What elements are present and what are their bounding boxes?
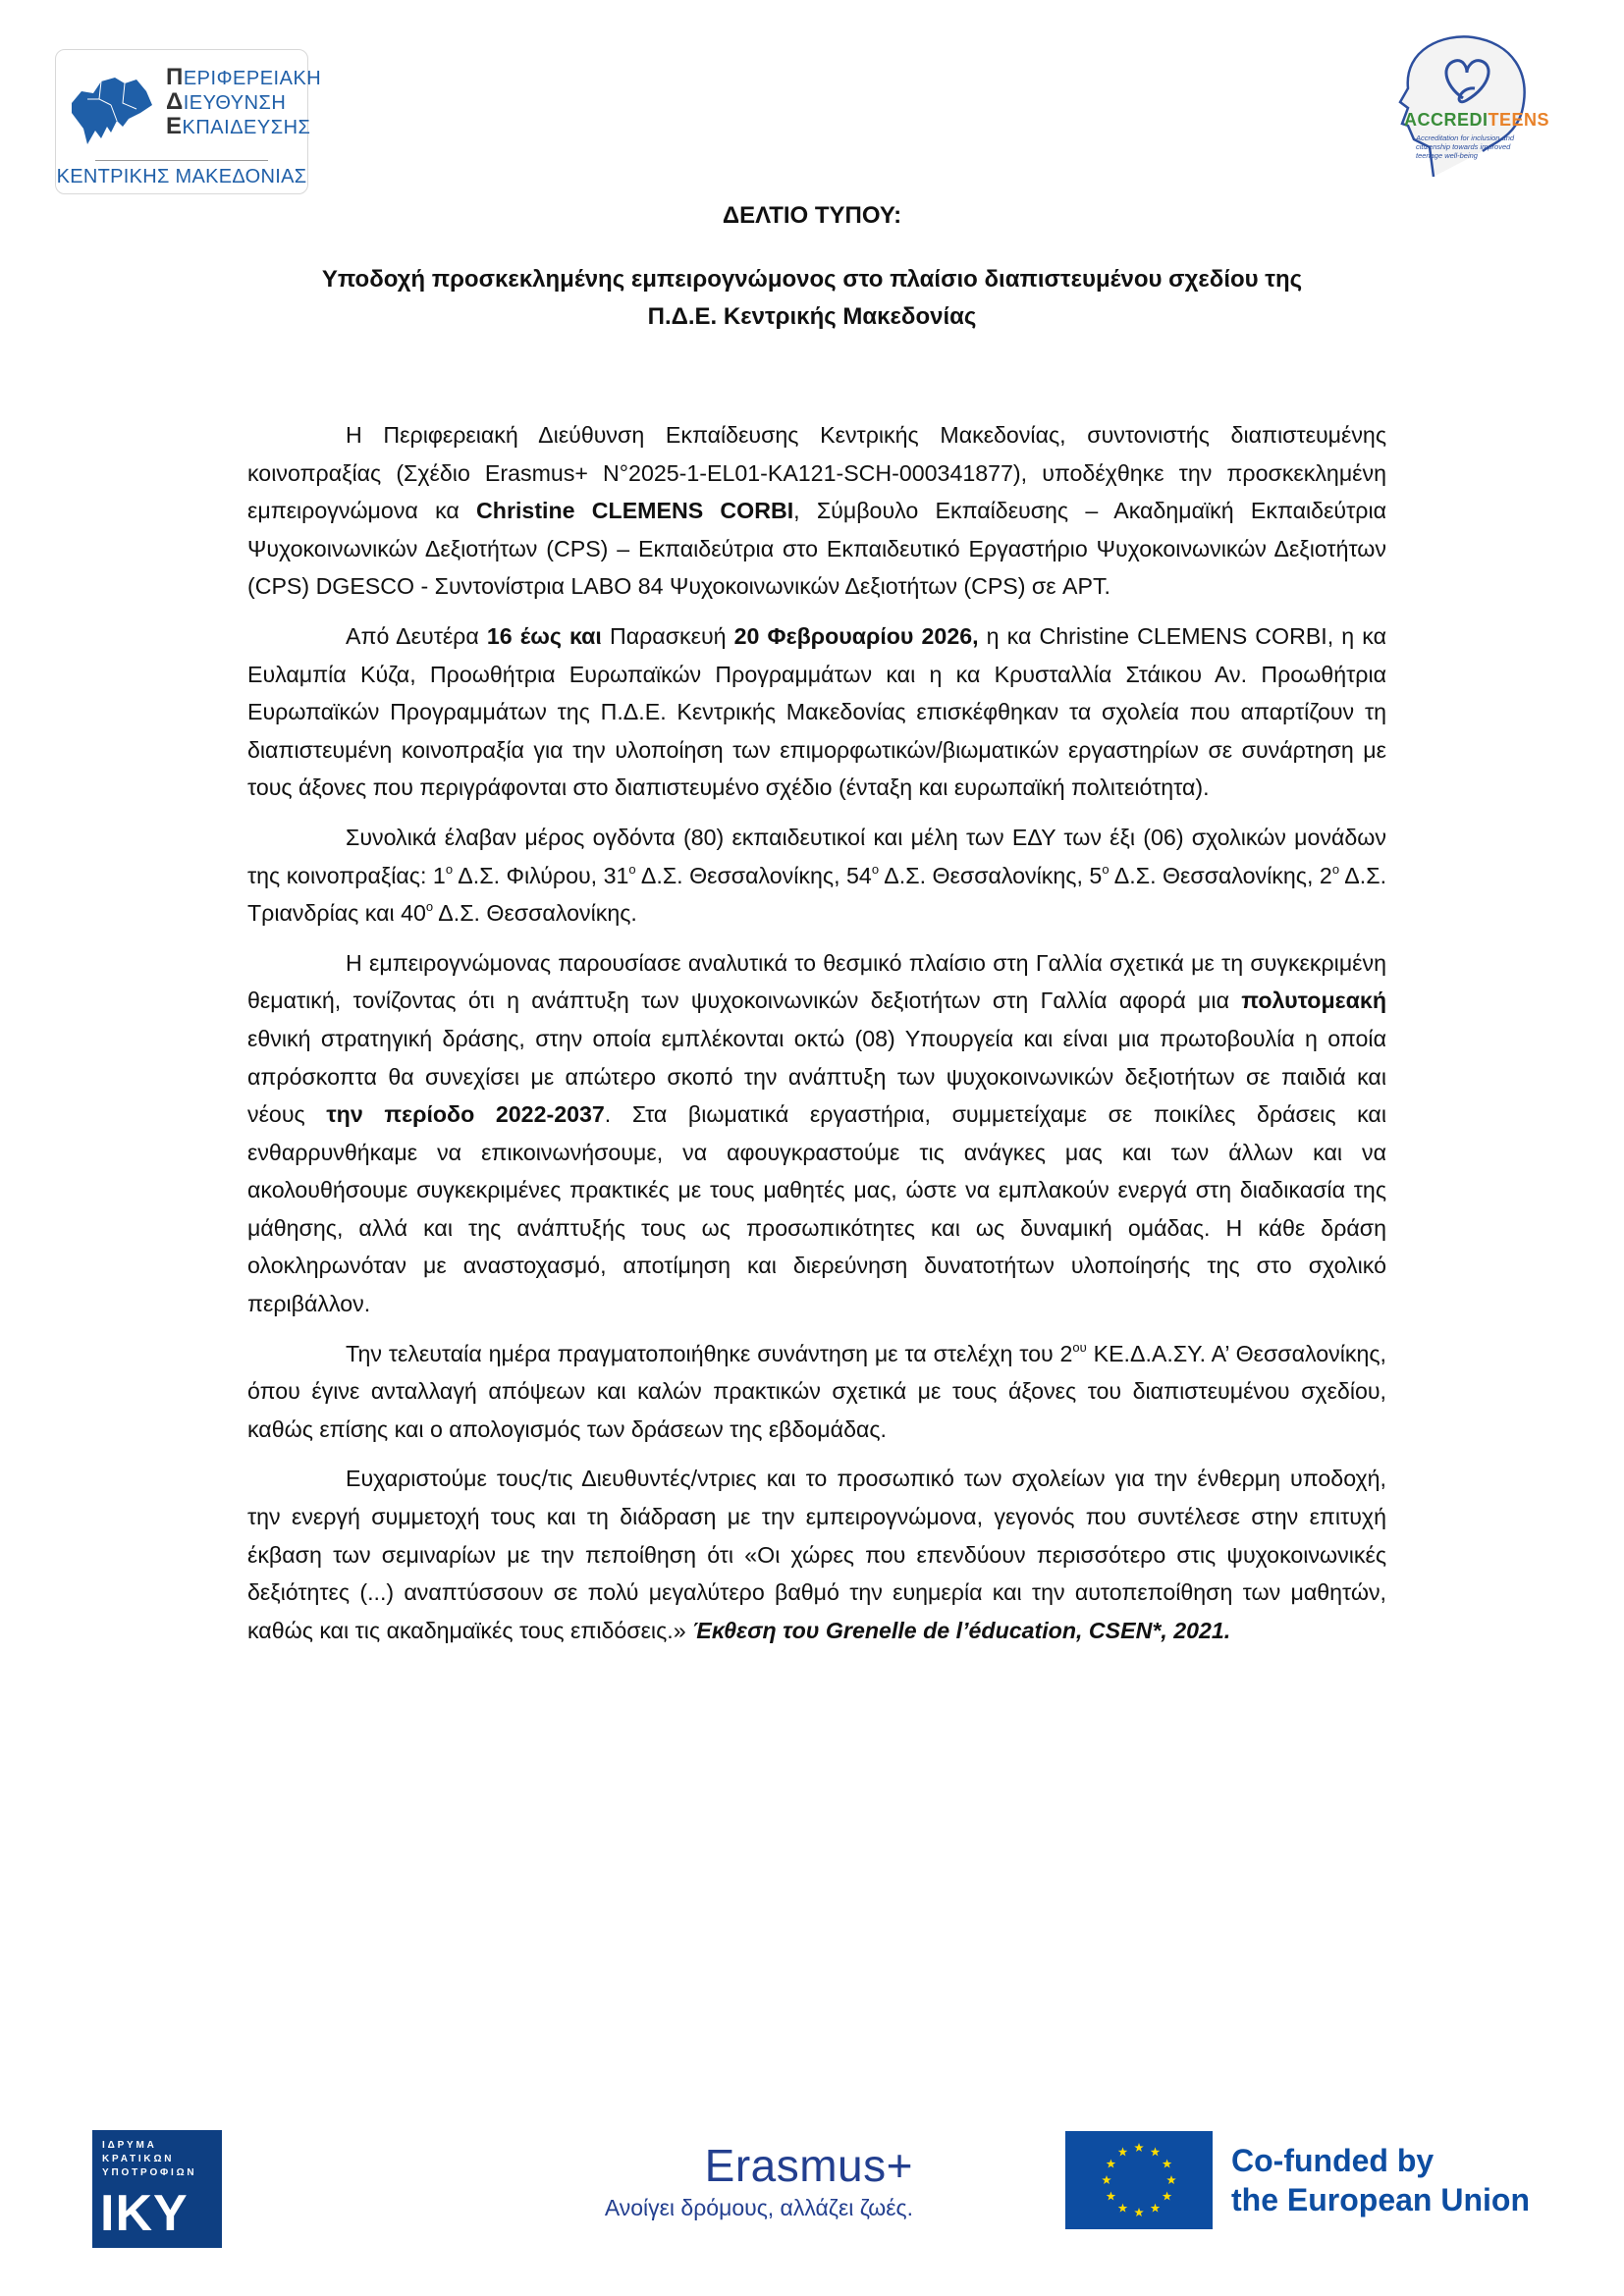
pde-title: ΠΕΡΙΦΕΡΕΙΑΚΗ ΔΙΕΥΘΥΝΣΗ ΕΚΠΑΙΔΕΥΣΗΣ: [166, 66, 321, 139]
accrediteens-brand: ACCREDITEENS: [1404, 110, 1549, 131]
erasmus-slogan: Ανοίγει δρόμους, αλλάζει ζωές.: [491, 2193, 913, 2222]
eu-flag-icon: [1065, 2131, 1213, 2229]
superscript: ο: [628, 862, 635, 877]
superscript: ου: [1072, 1340, 1086, 1355]
text: η κα Christine CLEMENS CORBI, η κα Ευλαμ…: [247, 623, 1386, 800]
text: Δ.Σ. Φιλύρου, 31: [453, 863, 628, 888]
superscript: ο: [446, 862, 453, 877]
bold-text: πολυτομεακή: [1241, 988, 1386, 1013]
erasmus-logo: Erasmus+ Ανοίγει δρόμους, αλλάζει ζωές.: [491, 2140, 913, 2222]
text: Δ.Σ. Θεσσαλονίκης, 54: [636, 863, 872, 888]
text: Δ.Σ. Θεσσαλονίκης, 5: [879, 863, 1102, 888]
iky-name: ΙΚΥ: [100, 2185, 189, 2242]
text: Δ.Σ. Θεσσαλονίκης.: [433, 900, 637, 926]
bold-text: Christine CLEMENS CORBI: [476, 498, 793, 523]
paragraph: Από Δευτέρα 16 έως και Παρασκευή 20 Φεβρ…: [247, 617, 1386, 807]
bold-text: την περίοδο 2022-2037: [326, 1101, 604, 1127]
text: Την τελευταία ημέρα πραγματοποιήθηκε συν…: [346, 1341, 1072, 1366]
eu-cofunded-text: Co-funded by the European Union: [1231, 2141, 1530, 2219]
document-label: ΔΕΛΤΙΟ ΤΥΠΟΥ:: [0, 202, 1624, 230]
paragraph: Η εμπειρογνώμονας παρουσίασε αναλυτικά τ…: [247, 944, 1386, 1323]
pde-region: ΚΕΝΤΡΙΚΗΣ ΜΑΚΕΔΟΝΙΑΣ: [56, 166, 307, 188]
pde-logo: ΠΕΡΙΦΕΡΕΙΑΚΗ ΔΙΕΥΘΥΝΣΗ ΕΚΠΑΙΔΕΥΣΗΣ ΚΕΝΤΡ…: [55, 49, 308, 194]
text: Δ.Σ. Θεσσαλονίκης, 2: [1110, 863, 1332, 888]
pde-divider: [95, 160, 268, 161]
document-body: Η Περιφερειακή Διεύθυνση Εκπαίδευσης Κεν…: [247, 416, 1386, 1661]
accrediteens-logo: ACCREDITEENS Accreditation for inclusion…: [1365, 29, 1542, 187]
superscript: ο: [1102, 862, 1109, 877]
paragraph: Συνολικά έλαβαν μέρος ογδόντα (80) εκπαι…: [247, 819, 1386, 933]
text: Παρασκευή: [602, 623, 734, 649]
paragraph: Την τελευταία ημέρα πραγματοποιήθηκε συν…: [247, 1335, 1386, 1449]
title-line-1: Υποδοχή προσκεκλημένης εμπειρογνώμονος σ…: [245, 261, 1379, 298]
paragraph: Ευχαριστούμε τους/τις Διευθυντές/ντριες …: [247, 1460, 1386, 1649]
text: Η εμπειρογνώμονας παρουσίασε αναλυτικά τ…: [247, 950, 1386, 1014]
iky-subtitle: ΙΔΡΥΜΑ ΚΡΑΤΙΚΩΝ ΥΠΟΤΡΟΦΙΩΝ: [102, 2139, 196, 2180]
bold-text: 16 έως και: [487, 623, 602, 649]
text: . Στα βιωματικά εργαστήρια, συμμετείχαμε…: [247, 1101, 1386, 1316]
text: Από Δευτέρα: [346, 623, 487, 649]
document-title: Υποδοχή προσκεκλημένης εμπειρογνώμονος σ…: [245, 261, 1379, 336]
superscript: ο: [1332, 862, 1339, 877]
title-line-2: Π.Δ.Ε. Κεντρικής Μακεδονίας: [245, 298, 1379, 336]
iky-logo: ΙΔΡΥΜΑ ΚΡΑΤΙΚΩΝ ΥΠΟΤΡΟΦΙΩΝ ΙΚΥ: [92, 2130, 222, 2248]
paragraph: Η Περιφερειακή Διεύθυνση Εκπαίδευσης Κεν…: [247, 416, 1386, 606]
bold-text: 20 Φεβρουαρίου 2026,: [734, 623, 979, 649]
head-heart-icon: [1365, 29, 1542, 187]
bold-text: Έκθεση του Grenelle de l’éducation, CSEN…: [692, 1618, 1230, 1643]
erasmus-name: Erasmus+: [491, 2140, 913, 2191]
map-icon: [68, 70, 158, 150]
accrediteens-tagline: Accreditation for inclusion and citizens…: [1416, 133, 1524, 160]
eu-cofunded-logo: Co-funded by the European Union: [1062, 2125, 1573, 2233]
superscript: ο: [872, 862, 879, 877]
text: Ευχαριστούμε τους/τις Διευθυντές/ντριες …: [247, 1466, 1386, 1642]
